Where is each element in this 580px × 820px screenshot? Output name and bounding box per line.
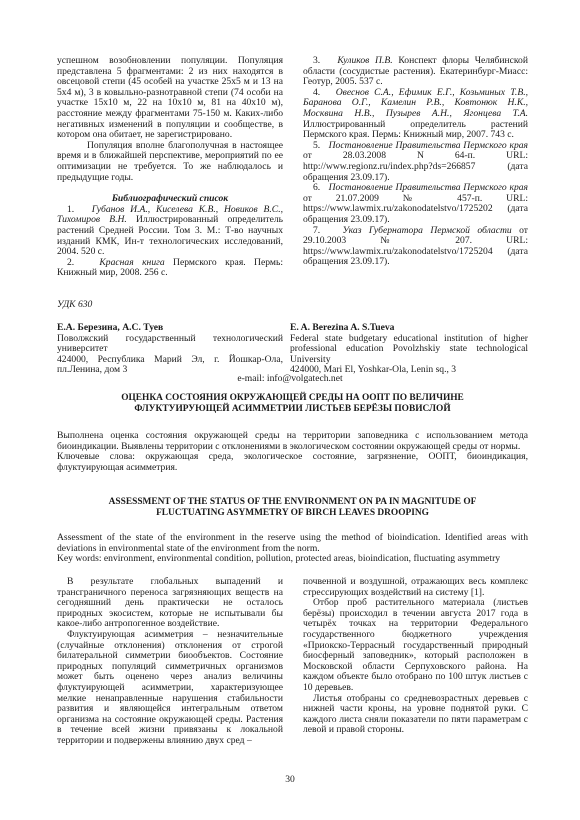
reference-authors: Куликов П.В.: [337, 55, 392, 66]
abstract-text-en: Assessment of the state of the environme…: [57, 533, 528, 554]
keywords-en: Key words: environment, environmental co…: [57, 554, 528, 565]
article-title-ru: ОЦЕНКА СОСТОЯНИЯ ОКРУЖАЮЩЕЙ СРЕДЫ НА ООП…: [57, 393, 528, 415]
reference-authors: Постановление Правительства Пермского кр…: [329, 140, 528, 151]
abstract-text-ru: Выполнена оценка состояния окружающей ср…: [57, 431, 528, 452]
affiliation-ru: Поволжский государственный технологическ…: [57, 334, 283, 355]
paragraph: Флуктуирующая асимметрия – незначительны…: [57, 630, 283, 747]
udk-code: УДК 630: [57, 300, 92, 311]
abstract-en: Assessment of the state of the environme…: [57, 533, 528, 565]
reference-item: 2. Красная книга Пермского края. Пермь: …: [57, 258, 283, 279]
affiliation-en: Federal state budgetary educational inst…: [290, 334, 528, 366]
reference-item: 3. Куликов П.В. Конспект флоры Челябинск…: [303, 56, 528, 88]
authors-en: E. A. Berezina A. S.Tueva Federal state …: [290, 323, 528, 376]
reference-item: 1. Губанов И.А., Киселева К.В., Новиков …: [57, 205, 283, 258]
top-left-column: успешном возобновлении популяции. Популя…: [57, 56, 283, 279]
paragraph: почвенной и воздушной, отражающих весь к…: [303, 577, 528, 598]
authors-ru: Е.А. Березина, А.С. Туев Поволжский госу…: [57, 323, 283, 376]
article-title-en: ASSESSMENT OF THE STATUS OF THE ENVIRONM…: [57, 497, 528, 519]
reference-authors: Указ Губернатора Пермской области: [342, 225, 511, 236]
reference-item: 6. Постановление Правительства Пермского…: [303, 183, 528, 225]
reference-authors: Овеснов С.А., Ефимик Е.Г., Козьминых Т.В…: [303, 87, 528, 119]
top-right-column: 3. Куликов П.В. Конспект флоры Челябинск…: [303, 56, 528, 268]
body-left-column: В результате глобальных выпадений и тран…: [57, 577, 283, 747]
reference-authors: Красная книга: [99, 257, 164, 268]
reference-authors: Постановление Правительства Пермского кр…: [329, 182, 528, 193]
paragraph: Листья отобраны со средневозрастных дере…: [303, 694, 528, 736]
author-names-ru: Е.А. Березина, А.С. Туев: [57, 323, 283, 334]
reference-item: 5. Постановление Правительства Пермского…: [303, 141, 528, 183]
paragraph: Отбор проб растительного материала (лист…: [303, 598, 528, 693]
body-right-column: почвенной и воздушной, отражающих весь к…: [303, 577, 528, 736]
paragraph: успешном возобновлении популяции. Популя…: [57, 56, 283, 141]
author-names-en: E. A. Berezina A. S.Tueva: [290, 323, 528, 334]
reference-item: 4. Овеснов С.А., Ефимик Е.Г., Козьминых …: [303, 88, 528, 141]
paragraph: В результате глобальных выпадений и тран…: [57, 577, 283, 630]
keywords-ru: Ключевые слова: окружающая среда, эколог…: [57, 452, 528, 473]
contact-email: e-mail: info@volgatech.net: [0, 374, 580, 385]
reference-item: 7. Указ Губернатора Пермской области от …: [303, 226, 528, 268]
paragraph: Популяция вполне благополучная в настоящ…: [57, 141, 283, 183]
abstract-ru: Выполнена оценка состояния окружающей ср…: [57, 431, 528, 473]
page-number: 30: [0, 775, 580, 786]
